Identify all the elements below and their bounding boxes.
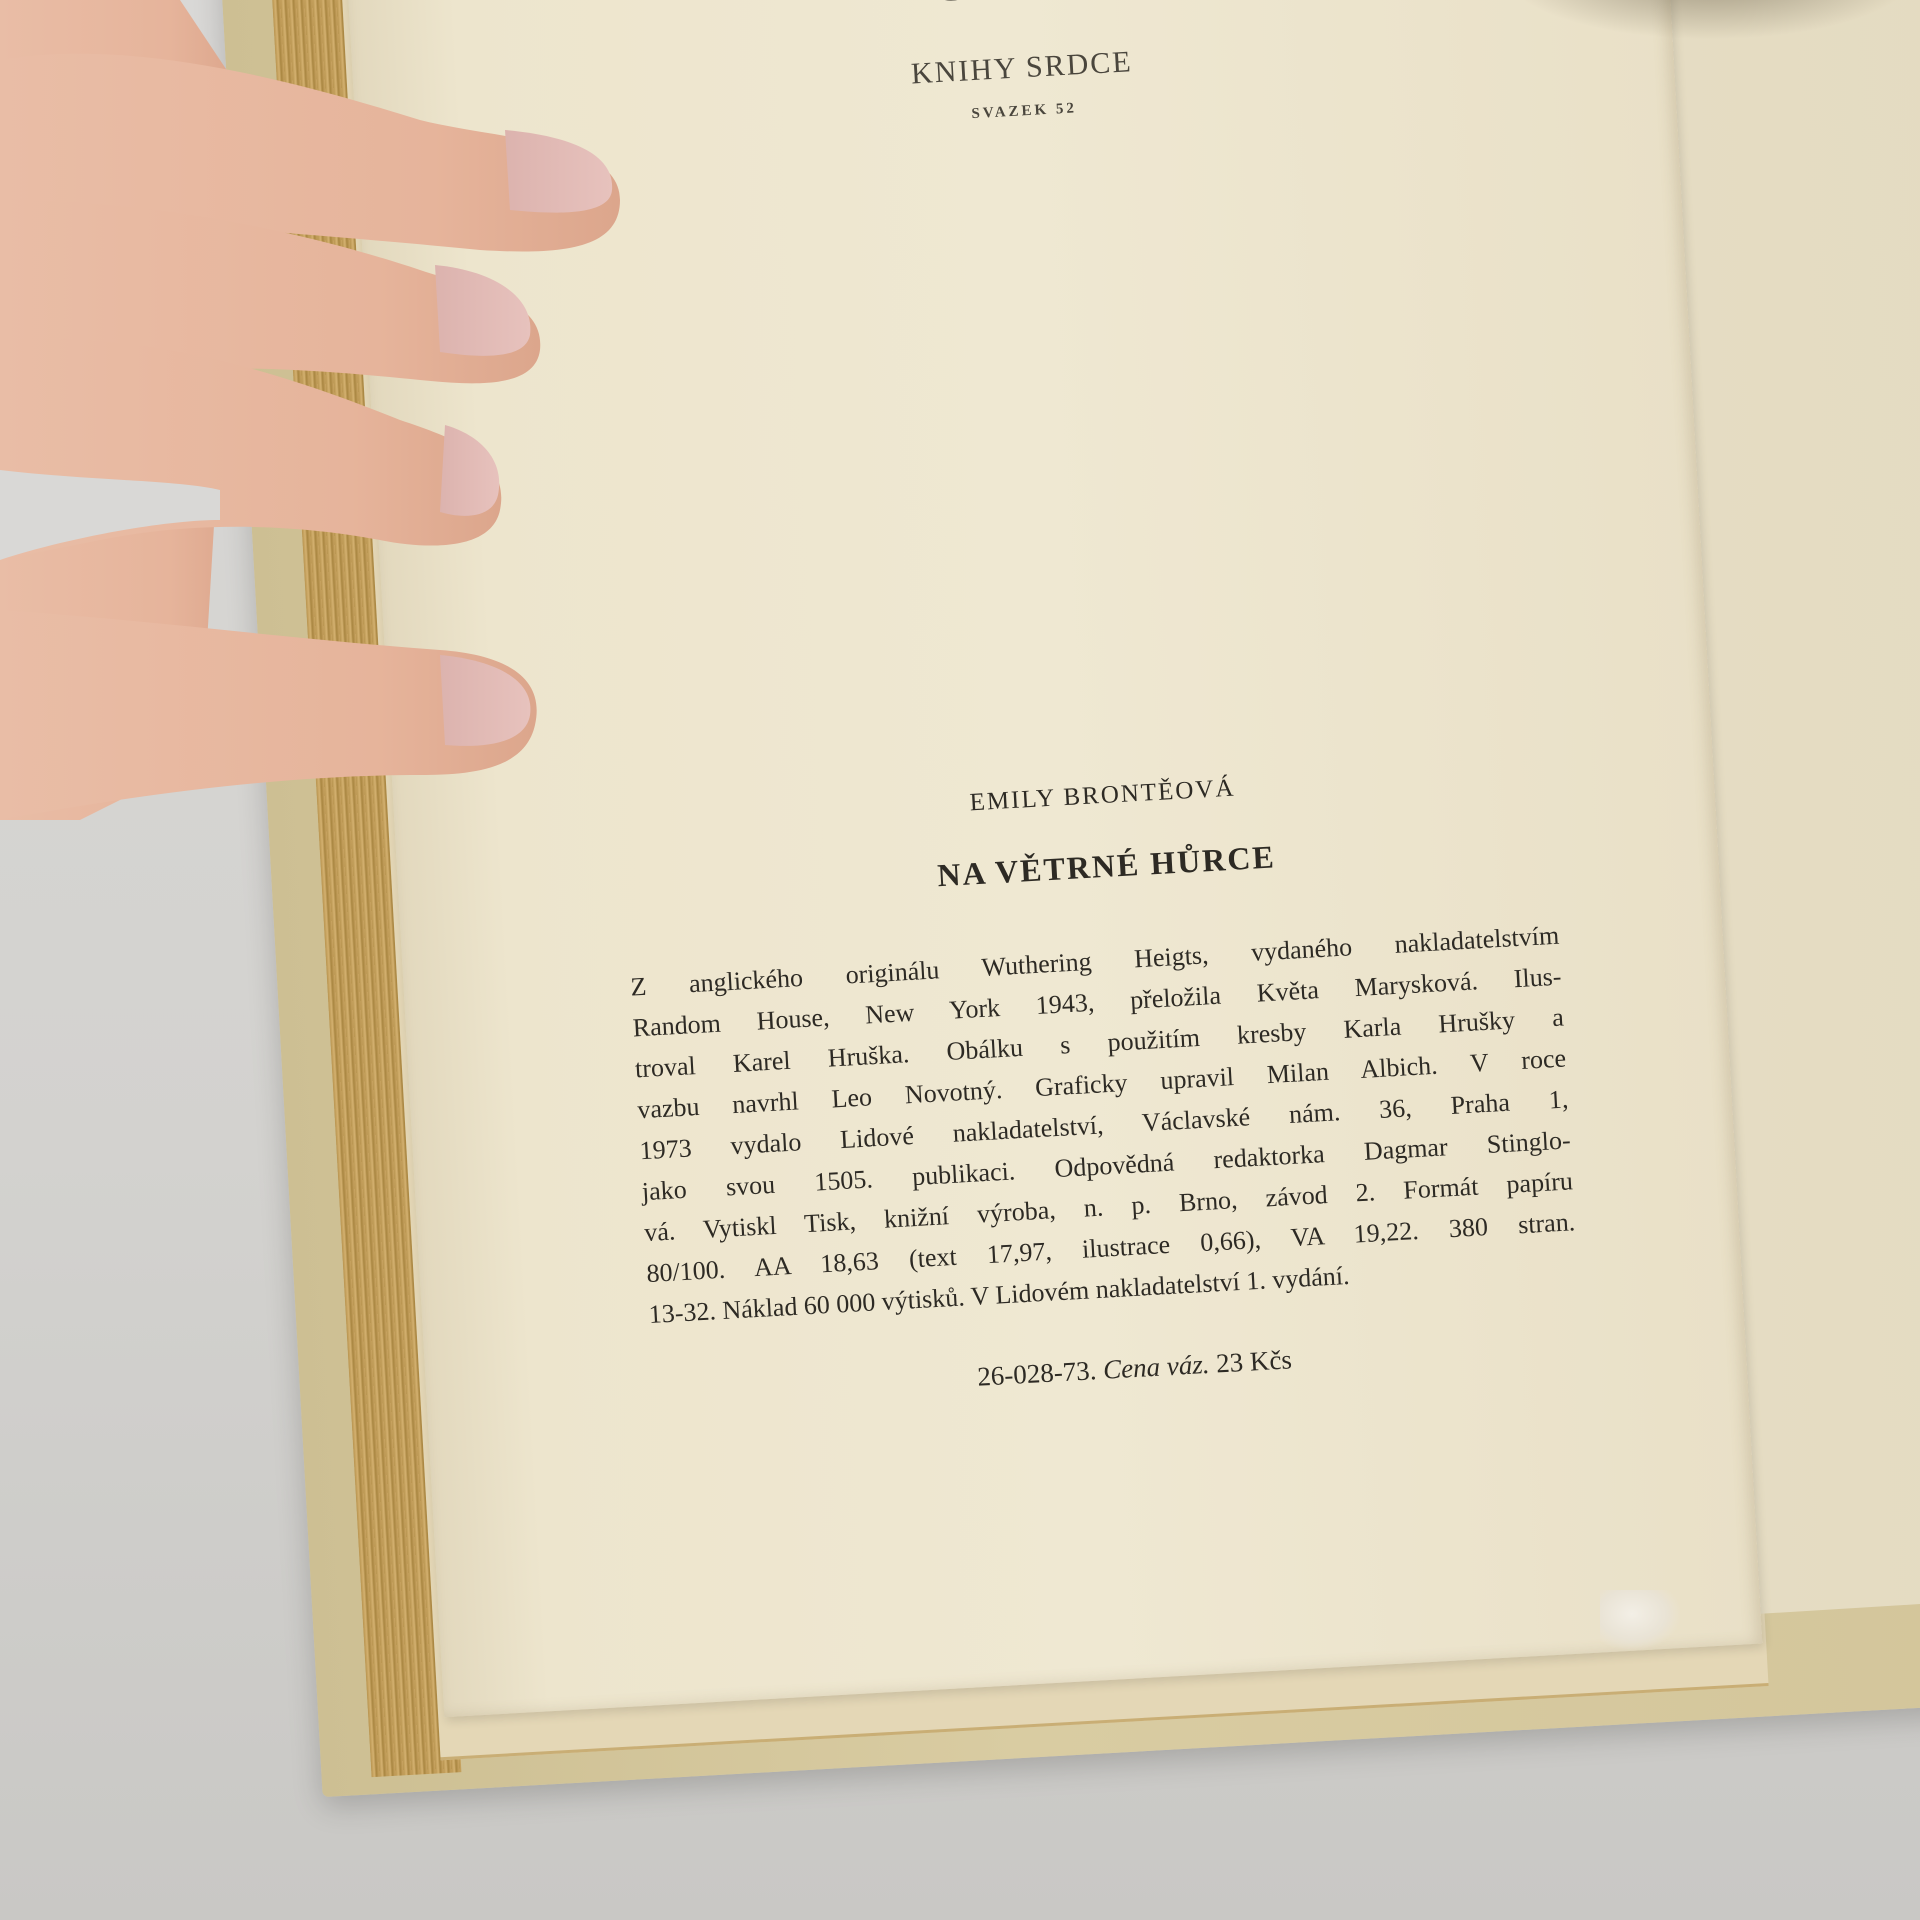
colophon: Z anglického originálu Wuthering Heigts,… xyxy=(629,915,1578,1335)
price-line: 26-028-73. Cena váz. 23 Kčs xyxy=(834,1336,1435,1400)
series-volume: SVAZEK 52 xyxy=(824,92,1224,131)
hand-holding-page xyxy=(0,0,700,820)
author-name: EMILY BRONTĚOVÁ xyxy=(852,768,1353,824)
price-label: Cena váz. xyxy=(1102,1349,1210,1385)
imprint-page-text: KNIHY SRDCE SVAZEK 52 EMILY BRONTĚOVÁ NA… xyxy=(559,0,1641,1527)
series-ornament-icon xyxy=(921,0,1013,11)
overhead-shadow xyxy=(1500,0,1920,40)
photo-scene: KNIHY SRDCE SVAZEK 52 EMILY BRONTĚOVÁ NA… xyxy=(0,0,1920,1920)
series-title: KNIHY SRDCE xyxy=(821,40,1222,96)
frayed-binding-thread xyxy=(1600,1590,1680,1650)
book-title: NA VĚTRNÉ HŮRCE xyxy=(806,831,1407,901)
publication-code: 26-028-73. xyxy=(976,1355,1097,1392)
price-amount: 23 Kčs xyxy=(1215,1344,1292,1378)
